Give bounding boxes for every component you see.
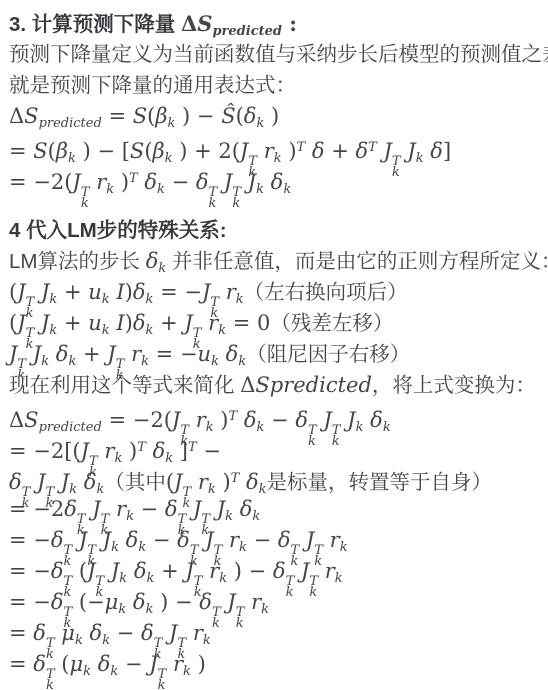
predicted-reduction-def-2: 就是预测下降量的通用表达式： [9, 70, 544, 101]
derivation-step-4: = −2δTk JTk rk − δTk JTk Jk δk [9, 494, 544, 525]
derivation-step-8: = δTk μk δk − δTk JTk rk [9, 618, 544, 649]
section-4-heading: 4 代入LM步的特殊关系: [9, 215, 544, 246]
formula-general-3: = −2(JTk rk )T δk − δTk JTk Jk δk [9, 163, 544, 194]
derivation-step-6: = −δTk (JTk Jk δk + JTk rk ) − δTk JTk r… [9, 556, 544, 587]
derivation-step-1: ΔSpredicted = −2(JTk rk )T δk − δTk JTk … [9, 401, 544, 432]
normal-equation-1: (JTk Jk + uk I)δk = −JTk rk（左右换向项后） [9, 277, 544, 308]
formula-general-1: ΔSpredicted = S(βk ) − Ŝ(δk ) [9, 101, 544, 132]
lm-step-intro: LM算法的步长 δk 并非任意值，而是由它的正则方程所定义： [9, 246, 544, 277]
derivation-step-3: δTk JTk Jk δk（其中(JTk rk )T δk是标量，转置等于自身） [9, 463, 544, 494]
derivation-final: = δTk (μk δk − JTk rk ) [9, 649, 544, 680]
normal-equation-3: JTk Jk δk + JTk rk = −uk δk（阻尼因子右移） [9, 339, 544, 370]
section-3-heading: 3. 计算预测下降量 ΔSpredicted : [9, 8, 544, 39]
predicted-reduction-def-1: 预测下降量定义为当前函数值与采纳步长后模型的预测值之差， [9, 39, 544, 70]
derivation-step-5: = −δTk JTk Jk δk − δTk JTk rk − δTk JTk … [9, 525, 544, 556]
formula-general-2: = S(βk ) − [S(βk ) + 2(JTk rk )T δ + δT … [9, 132, 544, 163]
normal-equation-2: (JTk Jk + uk I)δk + JTk rk = 0（残差左移） [9, 308, 544, 339]
derivation-step-7: = −δTk (−μk δk ) − δTk JTk rk [9, 587, 544, 618]
simplify-intro: 现在利用这个等式来简化 ΔSpredicted，将上式变换为： [9, 370, 544, 401]
derivation-document: 3. 计算预测下降量 ΔSpredicted : 预测下降量定义为当前函数值与采… [0, 0, 548, 680]
derivation-step-2: = −2[(JTk rk )T δk ]T − [9, 432, 544, 463]
